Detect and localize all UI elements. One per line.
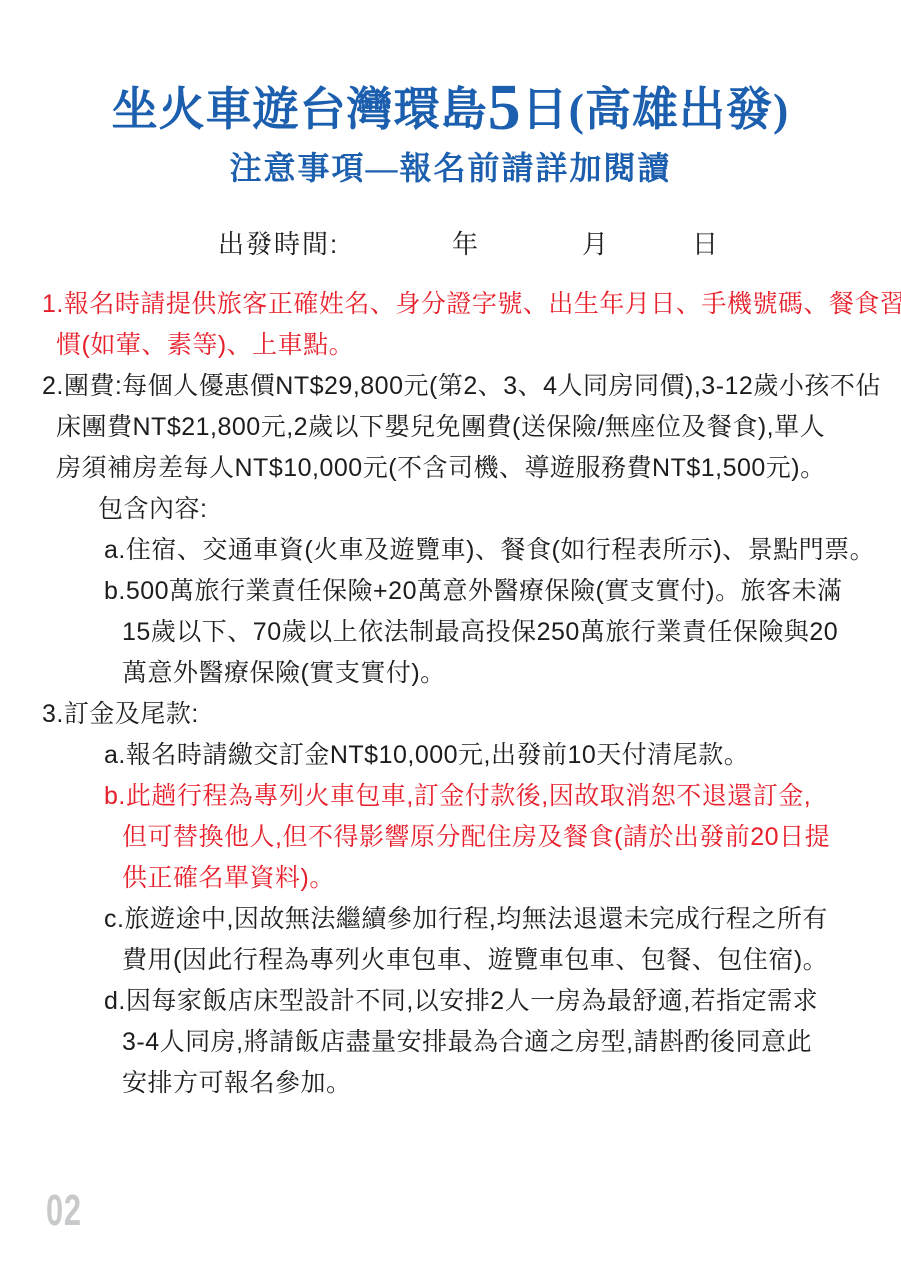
note-line: a.報名時請繳交訂金NT$10,000元,出發前10天付清尾款。	[0, 735, 901, 776]
note-line: 包含內容:	[0, 489, 901, 530]
note-line: 供正確名單資料)。	[0, 858, 901, 899]
note-line: b.此趟行程為專列火車包車,訂金付款後,因故取消恕不退還訂金,	[0, 776, 901, 817]
document-header: 坐火車遊台灣環島5日(高雄出發) 注意事項—報名前請詳加閱讀	[0, 72, 901, 188]
note-line: c.旅遊途中,因故無法繼續參加行程,均無法退還未完成行程之所有	[0, 899, 901, 940]
page-title-suffix: 日(高雄出發)	[522, 84, 790, 135]
departure-date-row: 出發時間: 年 月 日	[0, 224, 901, 258]
page-title-prefix: 坐火車遊台灣環島	[112, 84, 488, 135]
note-line: b.500萬旅行業責任保險+20萬意外醫療保險(實支實付)。旅客未滿	[0, 571, 901, 612]
note-line: 3-4人同房,將請飯店盡量安排最為合適之房型,請斟酌後同意此	[0, 1022, 901, 1063]
note-line: 費用(因此行程為專列火車包車、遊覽車包車、包餐、包住宿)。	[0, 940, 901, 981]
note-line: 慣(如葷、素等)、上車點。	[0, 325, 901, 366]
note-line: 安排方可報名參加。	[0, 1063, 901, 1104]
departure-time-label: 出發時間:	[218, 224, 339, 261]
notes-list: 1.報名時請提供旅客正確姓名、身分證字號、出生年月日、手機號碼、餐食習慣(如葷、…	[0, 284, 901, 1104]
note-line: 1.報名時請提供旅客正確姓名、身分證字號、出生年月日、手機號碼、餐食習	[0, 284, 901, 325]
note-line: d.因每家飯店床型設計不同,以安排2人一房為最舒適,若指定需求	[0, 981, 901, 1022]
note-line: 但可替換他人,但不得影響原分配住房及餐食(請於出發前20日提	[0, 817, 901, 858]
note-line: 萬意外醫療保險(實支實付)。	[0, 653, 901, 694]
note-line: 床團費NT$21,800元,2歲以下嬰兒免團費(送保險/無座位及餐食),單人	[0, 407, 901, 448]
note-line: 2.團費:每個人優惠價NT$29,800元(第2、3、4人同房同價),3-12歲…	[0, 366, 901, 407]
departure-month-label: 月	[582, 224, 608, 261]
page-title-day-count: 5	[488, 71, 522, 144]
page-subtitle: 注意事項—報名前請詳加閱讀	[0, 148, 901, 188]
note-line: 3.訂金及尾款:	[0, 694, 901, 735]
note-line: a.住宿、交通車資(火車及遊覽車)、餐食(如行程表所示)、景點門票。	[0, 530, 901, 571]
document-page: 坐火車遊台灣環島5日(高雄出發) 注意事項—報名前請詳加閱讀 出發時間: 年 月…	[0, 0, 901, 1280]
page-number: 02	[46, 1186, 82, 1236]
page-title: 坐火車遊台灣環島5日(高雄出發)	[0, 72, 901, 146]
departure-day-label: 日	[692, 224, 718, 261]
departure-year-label: 年	[452, 224, 478, 261]
note-line: 15歲以下、70歲以上依法制最高投保250萬旅行業責任保險與20	[0, 612, 901, 653]
note-line: 房須補房差每人NT$10,000元(不含司機、導遊服務費NT$1,500元)。	[0, 448, 901, 489]
